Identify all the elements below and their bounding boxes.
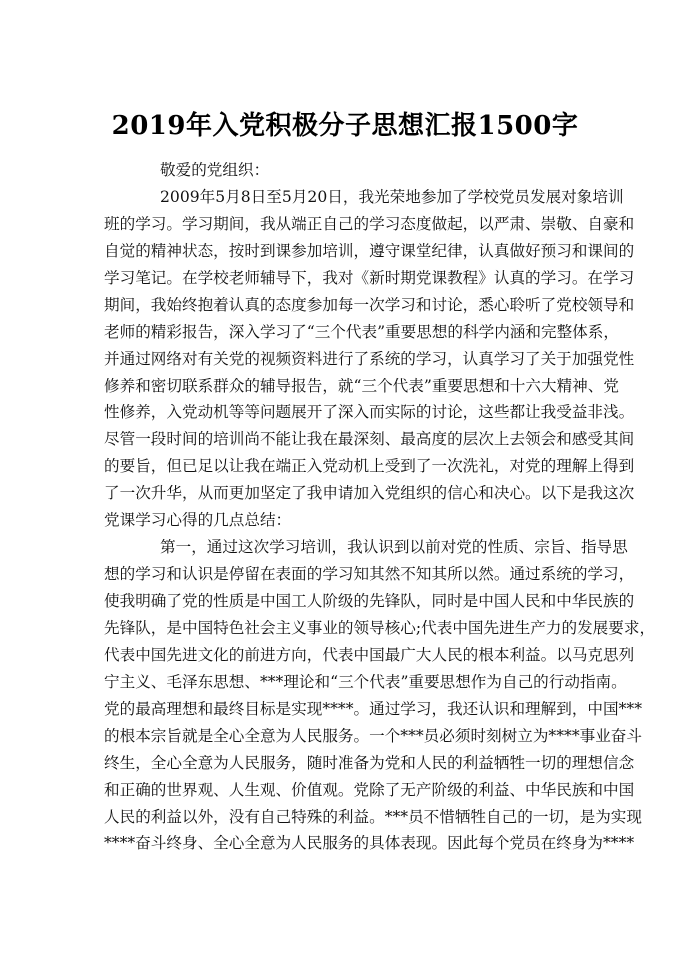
paragraph-line: 的根本宗旨就是全心全意为人民服务。一个***员必须时刻树立为****事业奋斗 [104, 723, 586, 750]
paragraph-line: 学习笔记。在学校老师辅导下，我对《新时期党课教程》认真的学习。在学习 [104, 265, 586, 292]
paragraph-line: 先锋队，是中国特色社会主义事业的领导核心;代表中国先进生产力的发展要求， [104, 615, 586, 642]
paragraph-line: 修养和密切联系群众的辅导报告，就“三个代表”重要思想和十六大精神、党 [104, 373, 586, 400]
paragraph-line: 人民的利益以外，没有自己特殊的利益。***员不惜牺牲自己的一切，是为实现 [104, 804, 586, 831]
paragraph-line: 的要旨，但已足以让我在端正入党动机上受到了一次洗礼，对党的理解上得到 [104, 453, 586, 480]
paragraph-line: 党的最高理想和最终目标是实现****。通过学习，我还认识和理解到，中国*** [104, 696, 586, 723]
paragraph-line: ****奋斗终身、全心全意为人民服务的具体表现。因此每个党员在终身为**** [104, 830, 586, 857]
paragraph-line: 自觉的精神状态，按时到课参加培训，遵守课堂纪律，认真做好预习和课间的 [104, 238, 586, 265]
paragraph-line: 老师的精彩报告，深入学习了“三个代表”重要思想的科学内涵和完整体系， [104, 319, 586, 346]
paragraph-line: 期间，我始终抱着认真的态度参加每一次学习和讨论，悉心聆听了党校领导和 [104, 292, 586, 319]
salutation: 敬爱的党组织： [104, 157, 586, 184]
paragraph-line: 第一，通过这次学习培训，我认识到以前对党的性质、宗旨、指导思 [104, 534, 586, 561]
paragraph-line: 和正确的世界观、人生观、价值观。党除了无产阶级的利益、中华民族和中国 [104, 777, 586, 804]
paragraph-line: 代表中国先进文化的前进方向，代表中国最广大人民的根本利益。以马克思列 [104, 642, 586, 669]
document-body: 敬爱的党组织： 2009年5月8日至5月20日，我光荣地参加了学校党员发展对象培… [104, 157, 586, 857]
paragraph-line: 尽管一段时间的培训尚不能让我在最深刻、最高度的层次上去领会和感受其间 [104, 426, 586, 453]
document-title: 2019年入党积极分子思想汇报1500字 [0, 108, 690, 144]
paragraph-line: 终生，全心全意为人民服务，随时准备为党和人民的利益牺牲一切的理想信念 [104, 750, 586, 777]
paragraph-line: 想的学习和认识是停留在表面的学习知其然不知其所以然。通过系统的学习， [104, 561, 586, 588]
paragraph-line: 党课学习心得的几点总结： [104, 507, 586, 534]
paragraph-line: 使我明确了党的性质是中国工人阶级的先锋队，同时是中国人民和中华民族的 [104, 588, 586, 615]
paragraph-line: 性修养，入党动机等等问题展开了深入而实际的讨论，这些都让我受益非浅。 [104, 399, 586, 426]
paragraph-line: 班的学习。学习期间，我从端正自己的学习态度做起，以严肃、崇敬、自豪和 [104, 211, 586, 238]
paragraph-line: 宁主义、毛泽东思想、***理论和“三个代表”重要思想作为自己的行动指南。 [104, 669, 586, 696]
paragraph-line: 了一次升华，从而更加坚定了我申请加入党组织的信心和决心。以下是我这次 [104, 480, 586, 507]
document-page: 2019年入党积极分子思想汇报1500字 敬爱的党组织： 2009年5月8日至5… [0, 0, 690, 976]
paragraph-line: 并通过网络对有关党的视频资料进行了系统的学习，认真学习了关于加强党性 [104, 346, 586, 373]
paragraph-line: 2009年5月8日至5月20日，我光荣地参加了学校党员发展对象培训 [104, 184, 586, 211]
